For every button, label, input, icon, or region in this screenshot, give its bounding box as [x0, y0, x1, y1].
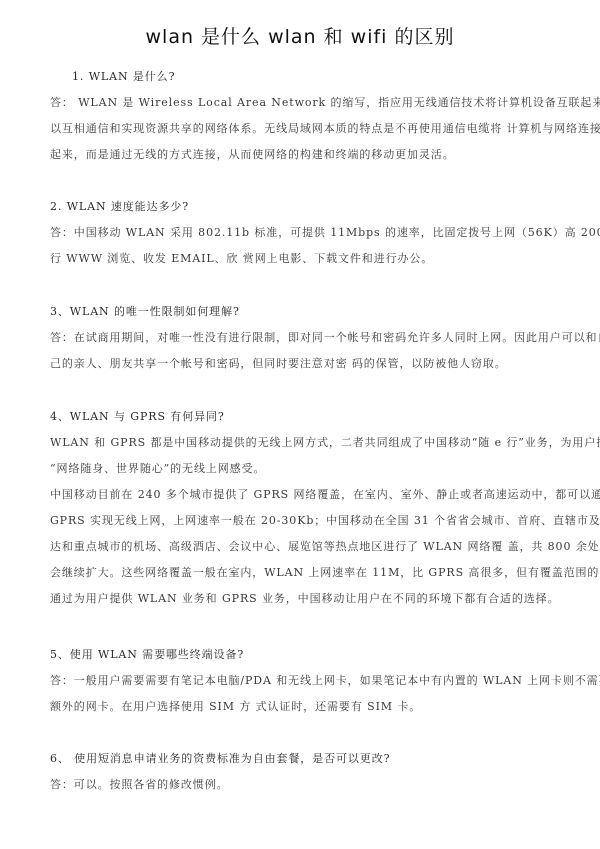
answer-4-line-5: 达和重点城市的机场、高级酒店、会议中心、展览馆等热点地区进行了 WLAN 网络覆…	[50, 540, 600, 554]
question-6: 6、 使用短消息申请业务的资费标准为自由套餐，是否可以更改?	[50, 752, 390, 766]
question-3: 3、WLAN 的唯一性限制如何理解?	[50, 305, 240, 319]
question-1: 1. WLAN 是什么?	[72, 70, 175, 84]
answer-1-line-1: 答： WLAN 是 Wireless Local Area Network 的缩…	[50, 96, 600, 110]
answer-1-line-2: 以互相通信和实现资源共享的网络体系。无线局域网本质的特点是不再使用通信电缆将 计…	[50, 122, 600, 136]
answer-6-line-1: 答：可以。按照各省的修改惯例。	[50, 778, 229, 792]
question-4: 4、WLAN 与 GPRS 有何异同?	[50, 410, 225, 424]
answer-4-line-7: 通过为用户提供 WLAN 业务和 GPRS 业务，中国移动让用户在不同的环境下都…	[50, 592, 559, 606]
answer-1-line-3: 起来，而是通过无线的方式连接，从而使网络的构建和终端的移动更加灵活。	[50, 148, 455, 162]
question-2: 2. WLAN 速度能达多少?	[50, 200, 189, 214]
answer-4-line-2: “网络随身、世界随心”的无线上网感受。	[50, 462, 265, 476]
document-title: wlan 是什么 wlan 和 wifi 的区别	[0, 22, 600, 49]
answer-4-line-1: WLAN 和 GPRS 都是中国移动提供的无线上网方式，二者共同组成了中国移动“…	[50, 436, 600, 450]
answer-2-line-1: 答：中国移动 WLAN 采用 802.11b 标准，可提供 11Mbps 的速率…	[50, 226, 600, 240]
answer-4-line-6: 会继续扩大。这些网络覆盖一般在室内，WLAN 上网速率在 11M，比 GPRS …	[50, 566, 600, 580]
answer-5-line-1: 答：一般用户需要需要有笔记本电脑/PDA 和无线上网卡，如果笔记本中有内置的 W…	[50, 674, 600, 688]
answer-2-line-2: 行 WWW 浏览、收发 EMAIL、欣 赏网上电影、下载文件和进行办公。	[50, 252, 433, 266]
answer-4-line-3: 中国移动目前在 240 多个城市提供了 GPRS 网络覆盖，在室内、室外、静止或…	[50, 488, 600, 502]
answer-5-line-2: 额外的网卡。在用户选择使用 SIM 方 式认证时，还需要有 SIM 卡。	[50, 700, 421, 714]
answer-3-line-2: 己的亲人、朋友共享一个帐号和密码，但同时要注意对密 码的保管，以防被他人窃取。	[50, 357, 507, 371]
answer-4-line-4: GPRS 实现无线上网，上网速率一般在 20-30Kb；中国移动在全国 31 个…	[50, 514, 600, 528]
answer-3-line-1: 答：在试商用期间，对唯一性没有进行限制，即对同一个帐号和密码允许多人同时上网。因…	[50, 331, 600, 345]
question-5: 5、使用 WLAN 需要哪些终端设备?	[50, 648, 244, 662]
